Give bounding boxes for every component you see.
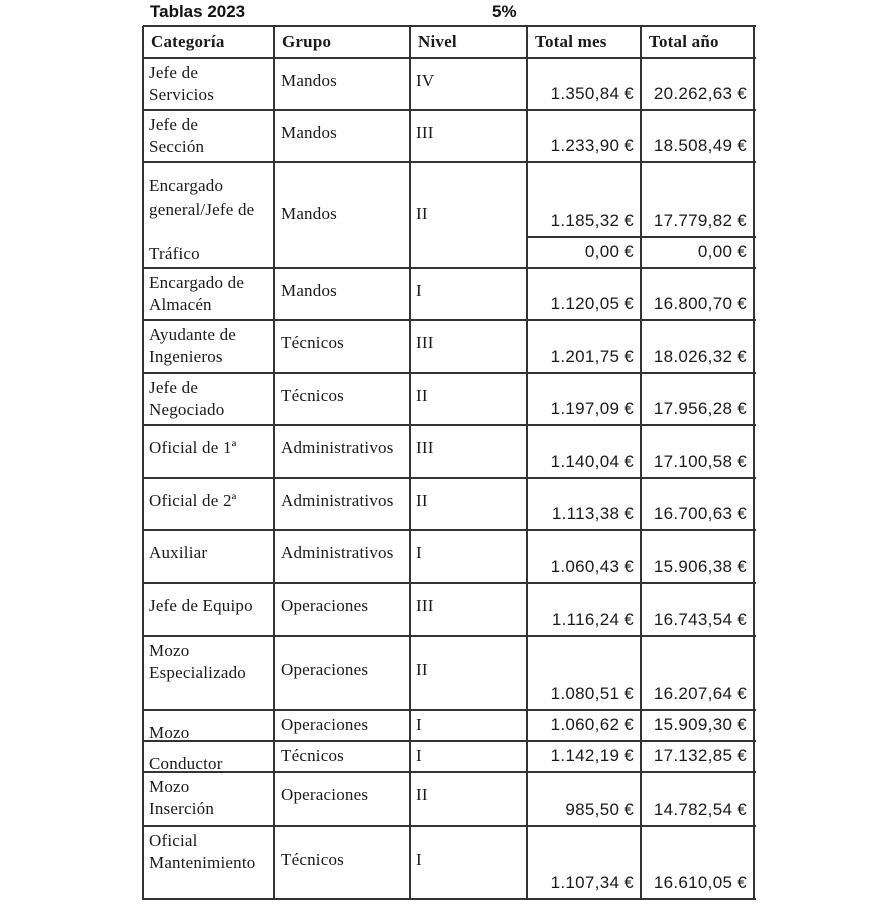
total-mes-cell: 1.107,34 € — [529, 872, 634, 894]
total-mes-cell: 1.113,38 € — [529, 503, 634, 525]
group-cell: Mandos — [281, 70, 408, 92]
category-cell: MozoEspecializado — [149, 640, 272, 684]
total-mes-cell: 0,00 € — [529, 241, 634, 263]
total-anio-cell: 18.026,32 € — [643, 346, 747, 368]
level-cell: I — [416, 745, 525, 767]
table-border — [753, 26, 755, 900]
table-border — [142, 26, 144, 900]
level-cell: II — [416, 385, 525, 407]
total-anio-cell: 16.207,64 € — [643, 683, 747, 705]
level-cell: IV — [416, 70, 525, 92]
level-cell: III — [416, 595, 525, 617]
table-border — [143, 25, 756, 27]
level-cell: II — [416, 784, 525, 806]
total-anio-cell: 0,00 € — [643, 241, 747, 263]
total-anio-cell: 18.508,49 € — [643, 135, 747, 157]
level-cell: I — [416, 542, 525, 564]
total-anio-cell: 16.743,54 € — [643, 609, 747, 631]
total-mes-cell: 1.120,05 € — [529, 293, 634, 315]
table-border — [143, 771, 756, 773]
total-mes-cell: 1.080,51 € — [529, 683, 634, 705]
group-cell: Técnicos — [281, 745, 408, 767]
group-cell: Operaciones — [281, 595, 408, 617]
total-mes-cell: 1.185,32 € — [529, 210, 634, 232]
category-cell: Oficial de 1ª — [149, 437, 272, 459]
total-anio-cell: 15.906,38 € — [643, 556, 747, 578]
table-border — [273, 26, 275, 900]
group-cell: Operaciones — [281, 659, 408, 681]
total-mes-cell: 1.060,43 € — [529, 556, 634, 578]
table-border — [143, 372, 756, 374]
table-border — [143, 57, 756, 59]
table-border — [143, 319, 756, 321]
total-anio-cell: 17.100,58 € — [643, 451, 747, 473]
total-anio-cell: 15.909,30 € — [643, 714, 747, 736]
table-border — [143, 529, 756, 531]
category-cell: Jefe deServicios — [149, 62, 272, 106]
group-cell: Administrativos — [281, 490, 408, 512]
table-border — [409, 26, 411, 900]
table-border — [143, 898, 756, 900]
table-border — [143, 582, 756, 584]
level-cell: III — [416, 332, 525, 354]
table-border — [143, 740, 756, 742]
table-border — [143, 635, 756, 637]
level-cell: II — [416, 659, 525, 681]
level-cell: II — [416, 203, 525, 225]
column-header-grupo: Grupo — [282, 31, 406, 53]
category-cell: Encargadogeneral/Jefe de Tráfico — [149, 174, 272, 266]
table-border — [143, 709, 756, 711]
total-mes-cell: 1.142,19 € — [529, 745, 634, 767]
total-anio-cell: 20.262,63 € — [643, 83, 747, 105]
category-cell: Oficial de 2ª — [149, 490, 272, 512]
category-cell: Ayudante deIngenieros — [149, 324, 272, 368]
column-header-total-anio: Total año — [649, 31, 750, 53]
total-mes-cell: 1.233,90 € — [529, 135, 634, 157]
category-cell: MozoInserción — [149, 776, 272, 820]
total-mes-cell: 1.140,04 € — [529, 451, 634, 473]
level-cell: III — [416, 122, 525, 144]
level-cell: I — [416, 849, 525, 871]
salary-table: CategoríaGrupoNivelTotal mesTotal añoJef… — [0, 0, 887, 904]
total-mes-cell: 1.197,09 € — [529, 398, 634, 420]
group-cell: Técnicos — [281, 849, 408, 871]
total-mes-cell: 1.350,84 € — [529, 83, 634, 105]
table-border — [143, 424, 756, 426]
category-cell: Encargado deAlmacén — [149, 272, 272, 316]
category-cell: Jefe deSección — [149, 114, 272, 158]
total-anio-cell: 14.782,54 € — [643, 799, 747, 821]
table-border — [143, 267, 756, 269]
column-header-nivel: Nivel — [418, 31, 523, 53]
total-anio-cell: 16.700,63 € — [643, 503, 747, 525]
total-anio-cell: 17.132,85 € — [643, 745, 747, 767]
table-border — [143, 825, 756, 827]
total-anio-cell: 17.779,82 € — [643, 210, 747, 232]
table-border — [640, 26, 642, 900]
total-mes-cell: 1.060,62 € — [529, 714, 634, 736]
table-border — [143, 477, 756, 479]
total-mes-cell: 1.116,24 € — [529, 609, 634, 631]
table-border — [143, 109, 756, 111]
category-cell: Jefe de Equipo — [149, 595, 272, 617]
category-cell: Auxiliar — [149, 542, 272, 564]
group-cell: Administrativos — [281, 542, 408, 564]
group-cell: Mandos — [281, 280, 408, 302]
group-cell: Administrativos — [281, 437, 408, 459]
group-cell: Mandos — [281, 122, 408, 144]
level-cell: III — [416, 437, 525, 459]
group-cell: Operaciones — [281, 784, 408, 806]
total-mes-cell: 985,50 € — [529, 799, 634, 821]
group-cell: Técnicos — [281, 385, 408, 407]
total-anio-cell: 17.956,28 € — [643, 398, 747, 420]
level-cell: I — [416, 280, 525, 302]
total-anio-cell: 16.610,05 € — [643, 872, 747, 894]
column-header-categoria: Categoría — [151, 31, 270, 53]
table-border — [526, 26, 528, 900]
level-cell: I — [416, 714, 525, 736]
group-cell: Técnicos — [281, 332, 408, 354]
group-cell: Operaciones — [281, 714, 408, 736]
column-header-total-mes: Total mes — [535, 31, 637, 53]
category-cell: OficialMantenimiento — [149, 830, 272, 874]
total-anio-cell: 16.800,70 € — [643, 293, 747, 315]
table-border — [143, 161, 756, 163]
group-cell: Mandos — [281, 203, 408, 225]
category-cell: Jefe deNegociado — [149, 377, 272, 421]
total-mes-cell: 1.201,75 € — [529, 346, 634, 368]
level-cell: II — [416, 490, 525, 512]
